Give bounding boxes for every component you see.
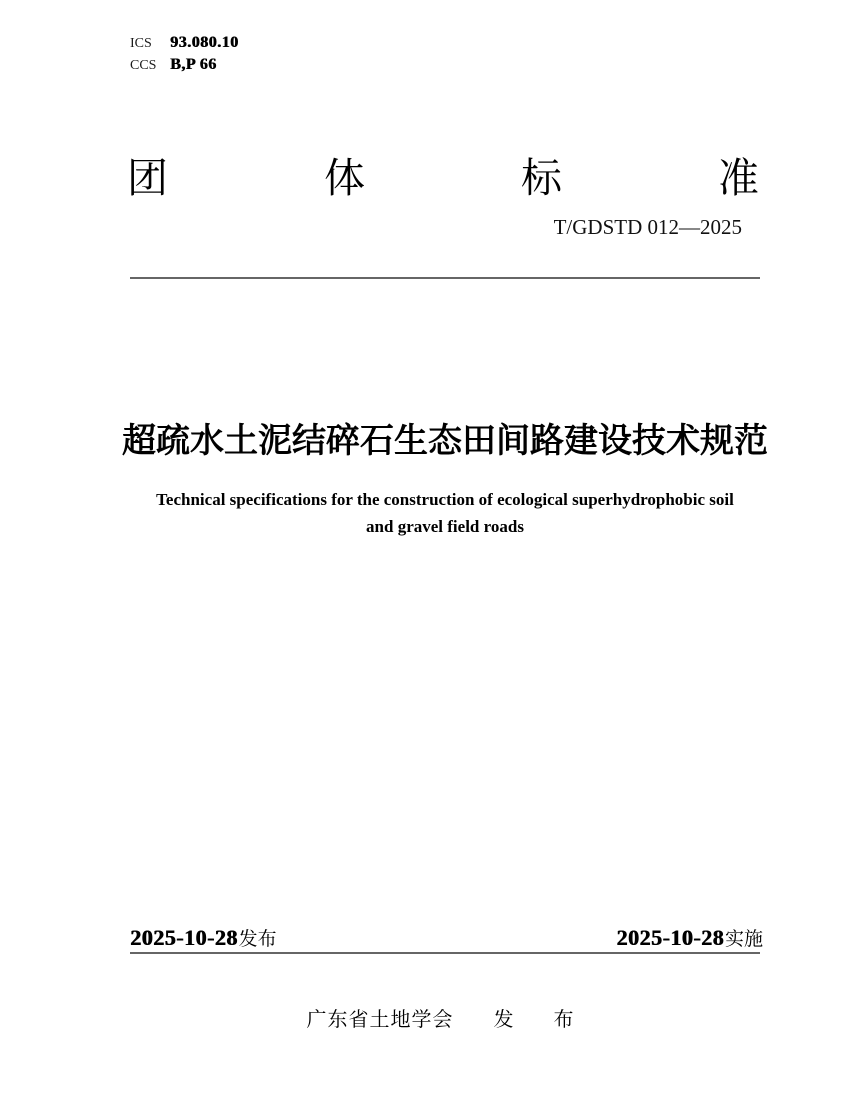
ccs-value: B,P 66	[170, 56, 217, 74]
standard-cover-page: ICS 93.080.10 CCS B,P 66 团 体 标 准 T/GDSTD…	[0, 0, 850, 1100]
standard-type-char: 标	[521, 156, 562, 200]
implementation-date-label: 实施	[725, 924, 763, 951]
ccs-row: CCS B,P 66	[130, 56, 239, 78]
issue-date: 2025-10-28	[130, 925, 238, 951]
ccs-label: CCS	[130, 58, 164, 74]
standard-code: T/GDSTD 012—2025	[130, 215, 742, 240]
ics-value: 93.080.10	[170, 34, 239, 52]
implementation-date-group: 2025-10-28 实施	[616, 924, 763, 951]
bottom-divider	[130, 952, 760, 954]
dates-row: 2025-10-28 发布 2025-10-28 实施	[130, 924, 763, 951]
ics-label: ICS	[130, 36, 164, 52]
publisher-name: 广东省土地学会	[307, 1003, 454, 1032]
implementation-date: 2025-10-28	[616, 925, 724, 951]
standard-type-char: 体	[324, 156, 365, 200]
issue-date-label: 发布	[239, 924, 277, 951]
publisher-row: 广东省土地学会 发 布	[130, 1003, 760, 1032]
issue-date-group: 2025-10-28 发布	[130, 924, 277, 951]
classification-codes: ICS 93.080.10 CCS B,P 66	[130, 34, 239, 78]
publish-label: 发 布	[494, 1003, 584, 1032]
standard-type-char: 团	[127, 156, 168, 200]
standard-type-heading: 团 体 标 准	[127, 156, 759, 200]
top-divider	[130, 277, 760, 279]
document-title-en: Technical specifications for the constru…	[105, 486, 785, 540]
ics-row: ICS 93.080.10	[130, 34, 239, 56]
document-title-en-line2: and gravel field roads	[105, 513, 785, 540]
standard-type-char: 准	[718, 156, 759, 200]
document-title-zh: 超疏水土泥结碎石生态田间路建设技术规范	[110, 420, 780, 462]
document-title-en-line1: Technical specifications for the constru…	[105, 486, 785, 513]
